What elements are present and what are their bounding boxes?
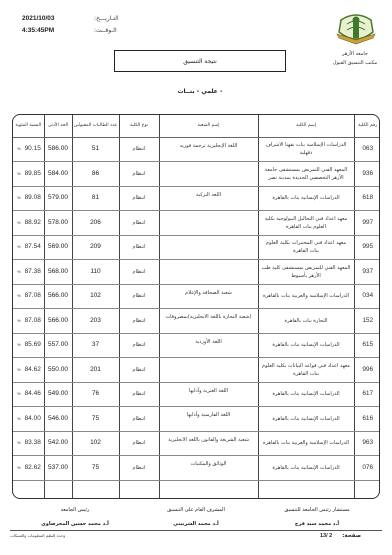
min-score: 566.00 — [44, 309, 72, 334]
college-code: 995 — [354, 235, 380, 260]
signature-university-president: رئيس الجامعة أ.د محمد حسين المحرصاوي — [20, 503, 130, 531]
percent-sign: % — [17, 220, 21, 225]
min-score: 566.00 — [44, 284, 72, 309]
col-header-department: إسم الشعبة — [159, 115, 258, 137]
table-row: 936المعهد الفني للتمريض بمستشفى جامعة ال… — [13, 162, 380, 187]
college-code: 152 — [354, 309, 380, 334]
college-name: معهد اعداد فني قواعد البيانات بكلية العل… — [258, 358, 354, 383]
accepted-count: 110 — [72, 260, 119, 285]
college-name: الدراسات الإسلامية والعربية بنات بالقاهر… — [258, 431, 354, 456]
college-code: 996 — [354, 358, 380, 383]
table-row: 963الدراسات الإسلامية والعربية بنات بالق… — [13, 431, 380, 456]
college-type: انتظام — [119, 211, 159, 236]
percent-sign: % — [17, 146, 21, 151]
percentage: %87.08 — [13, 284, 44, 309]
page-subtitle: - علمي - بنــات — [150, 88, 250, 95]
accepted-count: 51 — [72, 137, 119, 162]
department-name — [159, 235, 258, 260]
col-header-type: نوع الكلية — [119, 115, 159, 137]
accepted-count: 102 — [72, 284, 119, 309]
college-type: انتظام — [119, 431, 159, 456]
percent-sign: % — [17, 416, 21, 421]
college-name: الدراسات الإسلامية والعربية بنات بالقاهر… — [258, 284, 354, 309]
table-row: 996معهد اعداد فني قواعد البيانات بكلية ا… — [13, 358, 380, 383]
college-type: انتظام — [119, 137, 159, 162]
accepted-count: 76 — [72, 382, 119, 407]
min-score: 569.00 — [44, 235, 72, 260]
table-row: 995معهد اعداد فني المختبرات بكلية العلوم… — [13, 235, 380, 260]
college-name: التجارة بنات بالقاهرة — [258, 309, 354, 334]
percent-sign: % — [17, 293, 21, 298]
office-name: مكتب التنسيق القبول — [320, 59, 390, 68]
page-number: صفحة: 13/ 2 — [320, 533, 361, 539]
department-name: شعبة الصحافة والإعلام — [159, 284, 258, 309]
department-name: اللغة الأوردية — [159, 333, 258, 358]
date-time-block: 2021/10/03 التـاريـــخ: 4:35:45PM الـوقـ… — [22, 12, 132, 36]
page-label: صفحة: — [342, 533, 361, 539]
accepted-count: 37 — [72, 333, 119, 358]
min-score: 568.00 — [44, 260, 72, 285]
percentage: %89.85 — [13, 162, 44, 187]
percentage-value: 84.00 — [25, 415, 41, 422]
accepted-count: 86 — [72, 162, 119, 187]
college-type: انتظام — [119, 235, 159, 260]
department-name — [159, 358, 258, 383]
accepted-count: 75 — [72, 407, 119, 432]
table-row: 076الدراسات الإنسانية بنات بالقاهرةالوثا… — [13, 456, 380, 481]
college-type: انتظام — [119, 358, 159, 383]
percentage-value: 87.54 — [25, 243, 41, 250]
table-row: 997معهد اعداد فني التحاليل البيولوجية بك… — [13, 211, 380, 236]
empty-cell — [119, 480, 159, 499]
min-score: 537.00 — [44, 456, 72, 481]
col-header-code: رقم الكلية — [354, 115, 380, 137]
percent-sign: % — [17, 367, 21, 372]
date-value: 2021/10/03 — [22, 15, 55, 22]
results-table: رقم الكلية إسم الكلية إسم الشعبة نوع الك… — [13, 115, 380, 499]
date-label: التـاريـــخ: — [94, 15, 132, 22]
college-name: معهد اعداد فني المختبرات بكلية العلوم بن… — [258, 235, 354, 260]
department-name: الوثائق والمكتبات — [159, 456, 258, 481]
percentage: %89.08 — [13, 186, 44, 211]
college-code: 618 — [354, 186, 380, 211]
signature-coordination-advisor: مستشار رئيس الجامعة للتنسيق أ.د محمد سيد… — [262, 503, 372, 531]
college-code: 063 — [354, 137, 380, 162]
percentage: %84.62 — [13, 358, 44, 383]
percentage-value: 88.92 — [25, 219, 41, 226]
accepted-count: 203 — [72, 309, 119, 334]
college-type: انتظام — [119, 260, 159, 285]
percentage-value: 90.15 — [25, 145, 41, 152]
percentage-value: 89.08 — [25, 194, 41, 201]
table-row: 034الدراسات الإسلامية والعربية بنات بالق… — [13, 284, 380, 309]
percentage: %87.54 — [13, 235, 44, 260]
accepted-count: 201 — [72, 358, 119, 383]
percentage: %88.92 — [13, 211, 44, 236]
department-name: (شعبة التجارة باللغة الانجليزية)بمصروفات — [159, 309, 258, 334]
percent-sign: % — [17, 195, 21, 200]
college-name: الدراسات الإنسانية بنات بالقاهرة — [258, 407, 354, 432]
college-type: انتظام — [119, 382, 159, 407]
col-header-college: إسم الكلية — [258, 115, 354, 137]
empty-cell — [44, 480, 72, 499]
department-name — [159, 260, 258, 285]
department-name — [159, 162, 258, 187]
results-table-frame: رقم الكلية إسم الكلية إسم الشعبة نوع الك… — [12, 114, 380, 499]
college-name: الدراسات الإنسانية بنات بالقاهرة — [258, 456, 354, 481]
min-score: 584.00 — [44, 162, 72, 187]
min-score: 546.00 — [44, 407, 72, 432]
college-name: الدراسات الإنسانية بنات بالقاهرة — [258, 333, 354, 358]
college-code: 617 — [354, 382, 380, 407]
percentage-value: 82.62 — [25, 464, 41, 471]
percent-sign: % — [17, 318, 21, 323]
percentage-value: 83.38 — [25, 439, 41, 446]
signature-role: المشرف العام على التنسيق — [141, 503, 251, 517]
percent-sign: % — [17, 465, 21, 470]
college-name: المعهد الفني للتمريض بمستشفى جامعة الأزه… — [258, 162, 354, 187]
col-header-min-score: الحد الأدنى — [44, 115, 72, 137]
signature-role: رئيس الجامعة — [20, 503, 130, 517]
time-row: 4:35:45PM الـوقــت: — [22, 24, 132, 36]
college-code: 076 — [354, 456, 380, 481]
percentage: %84.46 — [13, 382, 44, 407]
percentage-value: 87.08 — [25, 317, 41, 324]
college-name: الدراسات الإنسانية بنات بالقاهرة — [258, 186, 354, 211]
empty-cell — [13, 480, 44, 499]
percentage: %87.38 — [13, 260, 44, 285]
date-row: 2021/10/03 التـاريـــخ: — [22, 12, 132, 24]
min-score: 557.00 — [44, 333, 72, 358]
percent-sign: % — [17, 269, 21, 274]
college-type: انتظام — [119, 309, 159, 334]
department-name: اللغة الفارسية وآدابها — [159, 407, 258, 432]
college-code: 616 — [354, 407, 380, 432]
percentage: %90.15 — [13, 137, 44, 162]
empty-cell — [159, 480, 258, 499]
department-name: شعبة الشريعة والقانون باللغة الانجليزية — [159, 431, 258, 456]
min-score: 578.00 — [44, 211, 72, 236]
table-row: 617الدراسات الإنسانية بنات بالقاهرةاللغة… — [13, 382, 380, 407]
table-row: 937المعهد الفني للتمريض بمستشفى كلية طب … — [13, 260, 380, 285]
college-code: 937 — [354, 260, 380, 285]
percentage-value: 85.69 — [25, 341, 41, 348]
min-score: 549.00 — [44, 382, 72, 407]
department-name: اللغة التركية — [159, 186, 258, 211]
time-label: الـوقــت: — [94, 27, 132, 34]
signature-name: أ.د محمد سيد فرج — [262, 517, 372, 531]
university-name: جامعة الأزهر — [320, 50, 390, 59]
footer-divider — [10, 530, 382, 531]
empty-cell — [72, 480, 119, 499]
al-azhar-logo-icon — [333, 12, 379, 48]
signature-role: مستشار رئيس الجامعة للتنسيق — [262, 503, 372, 517]
empty-cell — [258, 480, 354, 499]
percent-sign: % — [17, 342, 21, 347]
table-filler-row — [13, 480, 380, 499]
time-value: 4:35:45PM — [22, 27, 54, 34]
accepted-count: 206 — [72, 211, 119, 236]
college-code: 615 — [354, 333, 380, 358]
table-body: 063الدراسات الإسلامية بنات نقهنا الاشراف… — [13, 137, 380, 499]
percentage: %82.62 — [13, 456, 44, 481]
college-code: 963 — [354, 431, 380, 456]
percentage: %85.69 — [13, 333, 44, 358]
college-type: انتظام — [119, 407, 159, 432]
college-type: انتظام — [119, 162, 159, 187]
college-type: انتظام — [119, 284, 159, 309]
department-name — [159, 211, 258, 236]
signature-name: أ.د محمد حسين المحرصاوي — [20, 517, 130, 531]
college-type: انتظام — [119, 186, 159, 211]
col-header-count: عدد الطالبات المقبولين — [72, 115, 119, 137]
page-title: نتيجة التنسيق — [114, 50, 286, 72]
table-row: 152التجارة بنات بالقاهرة(شعبة التجارة با… — [13, 309, 380, 334]
college-code: 034 — [354, 284, 380, 309]
percentage-value: 87.38 — [25, 268, 41, 275]
percent-sign: % — [17, 440, 21, 445]
min-score: 586.00 — [44, 137, 72, 162]
signature-name: أ.د محمد الشربيني — [141, 517, 251, 531]
table-row: 063الدراسات الإسلامية بنات نقهنا الاشراف… — [13, 137, 380, 162]
accepted-count: 75 — [72, 456, 119, 481]
percent-sign: % — [17, 244, 21, 249]
college-name: الدراسات الإنسانية بنات بالقاهرة — [258, 382, 354, 407]
table-row: 618الدراسات الإنسانية بنات بالقاهرةاللغة… — [13, 186, 380, 211]
table-row: 616الدراسات الإنسانية بنات بالقاهرةاللغة… — [13, 407, 380, 432]
min-score: 542.00 — [44, 431, 72, 456]
college-name: معهد اعداد فني التحاليل البيولوجية بكلية… — [258, 211, 354, 236]
footer-unit: وحدة النظم المعلومات والشبكات — [10, 533, 65, 538]
percentage: %83.38 — [13, 431, 44, 456]
percentage: %87.08 — [13, 309, 44, 334]
percentage-value: 84.46 — [25, 390, 41, 397]
empty-cell — [354, 480, 380, 499]
department-name: اللغة العبرية وآدابها — [159, 382, 258, 407]
percentage-value: 89.85 — [25, 170, 41, 177]
percent-sign: % — [17, 391, 21, 396]
table-header-row: رقم الكلية إسم الكلية إسم الشعبة نوع الك… — [13, 115, 380, 137]
percentage-value: 84.62 — [25, 366, 41, 373]
college-type: انتظام — [119, 456, 159, 481]
accepted-count: 81 — [72, 186, 119, 211]
percent-sign: % — [17, 171, 21, 176]
department-name: اللغة الإنجليزية ترجمة فوريه — [159, 137, 258, 162]
percentage: %84.00 — [13, 407, 44, 432]
min-score: 550.00 — [44, 358, 72, 383]
col-header-percentage: النسبة المئوية — [13, 115, 44, 137]
college-name: الدراسات الإسلامية بنات نقهنا الاشراف دق… — [258, 137, 354, 162]
accepted-count: 102 — [72, 431, 119, 456]
university-name-block: جامعة الأزهر مكتب التنسيق القبول — [320, 50, 390, 68]
signature-general-supervisor: المشرف العام على التنسيق أ.د محمد الشربي… — [141, 503, 251, 531]
min-score: 579.00 — [44, 186, 72, 211]
percentage-value: 87.08 — [25, 292, 41, 299]
accepted-count: 209 — [72, 235, 119, 260]
college-name: المعهد الفني للتمريض بمستشفى كلية طب الأ… — [258, 260, 354, 285]
page-value: 13/ 2 — [320, 533, 332, 539]
college-code: 936 — [354, 162, 380, 187]
table-row: 615الدراسات الإنسانية بنات بالقاهرةاللغة… — [13, 333, 380, 358]
college-code: 997 — [354, 211, 380, 236]
college-type: انتظام — [119, 333, 159, 358]
signatures: مستشار رئيس الجامعة للتنسيق أ.د محمد سيد… — [20, 503, 372, 531]
